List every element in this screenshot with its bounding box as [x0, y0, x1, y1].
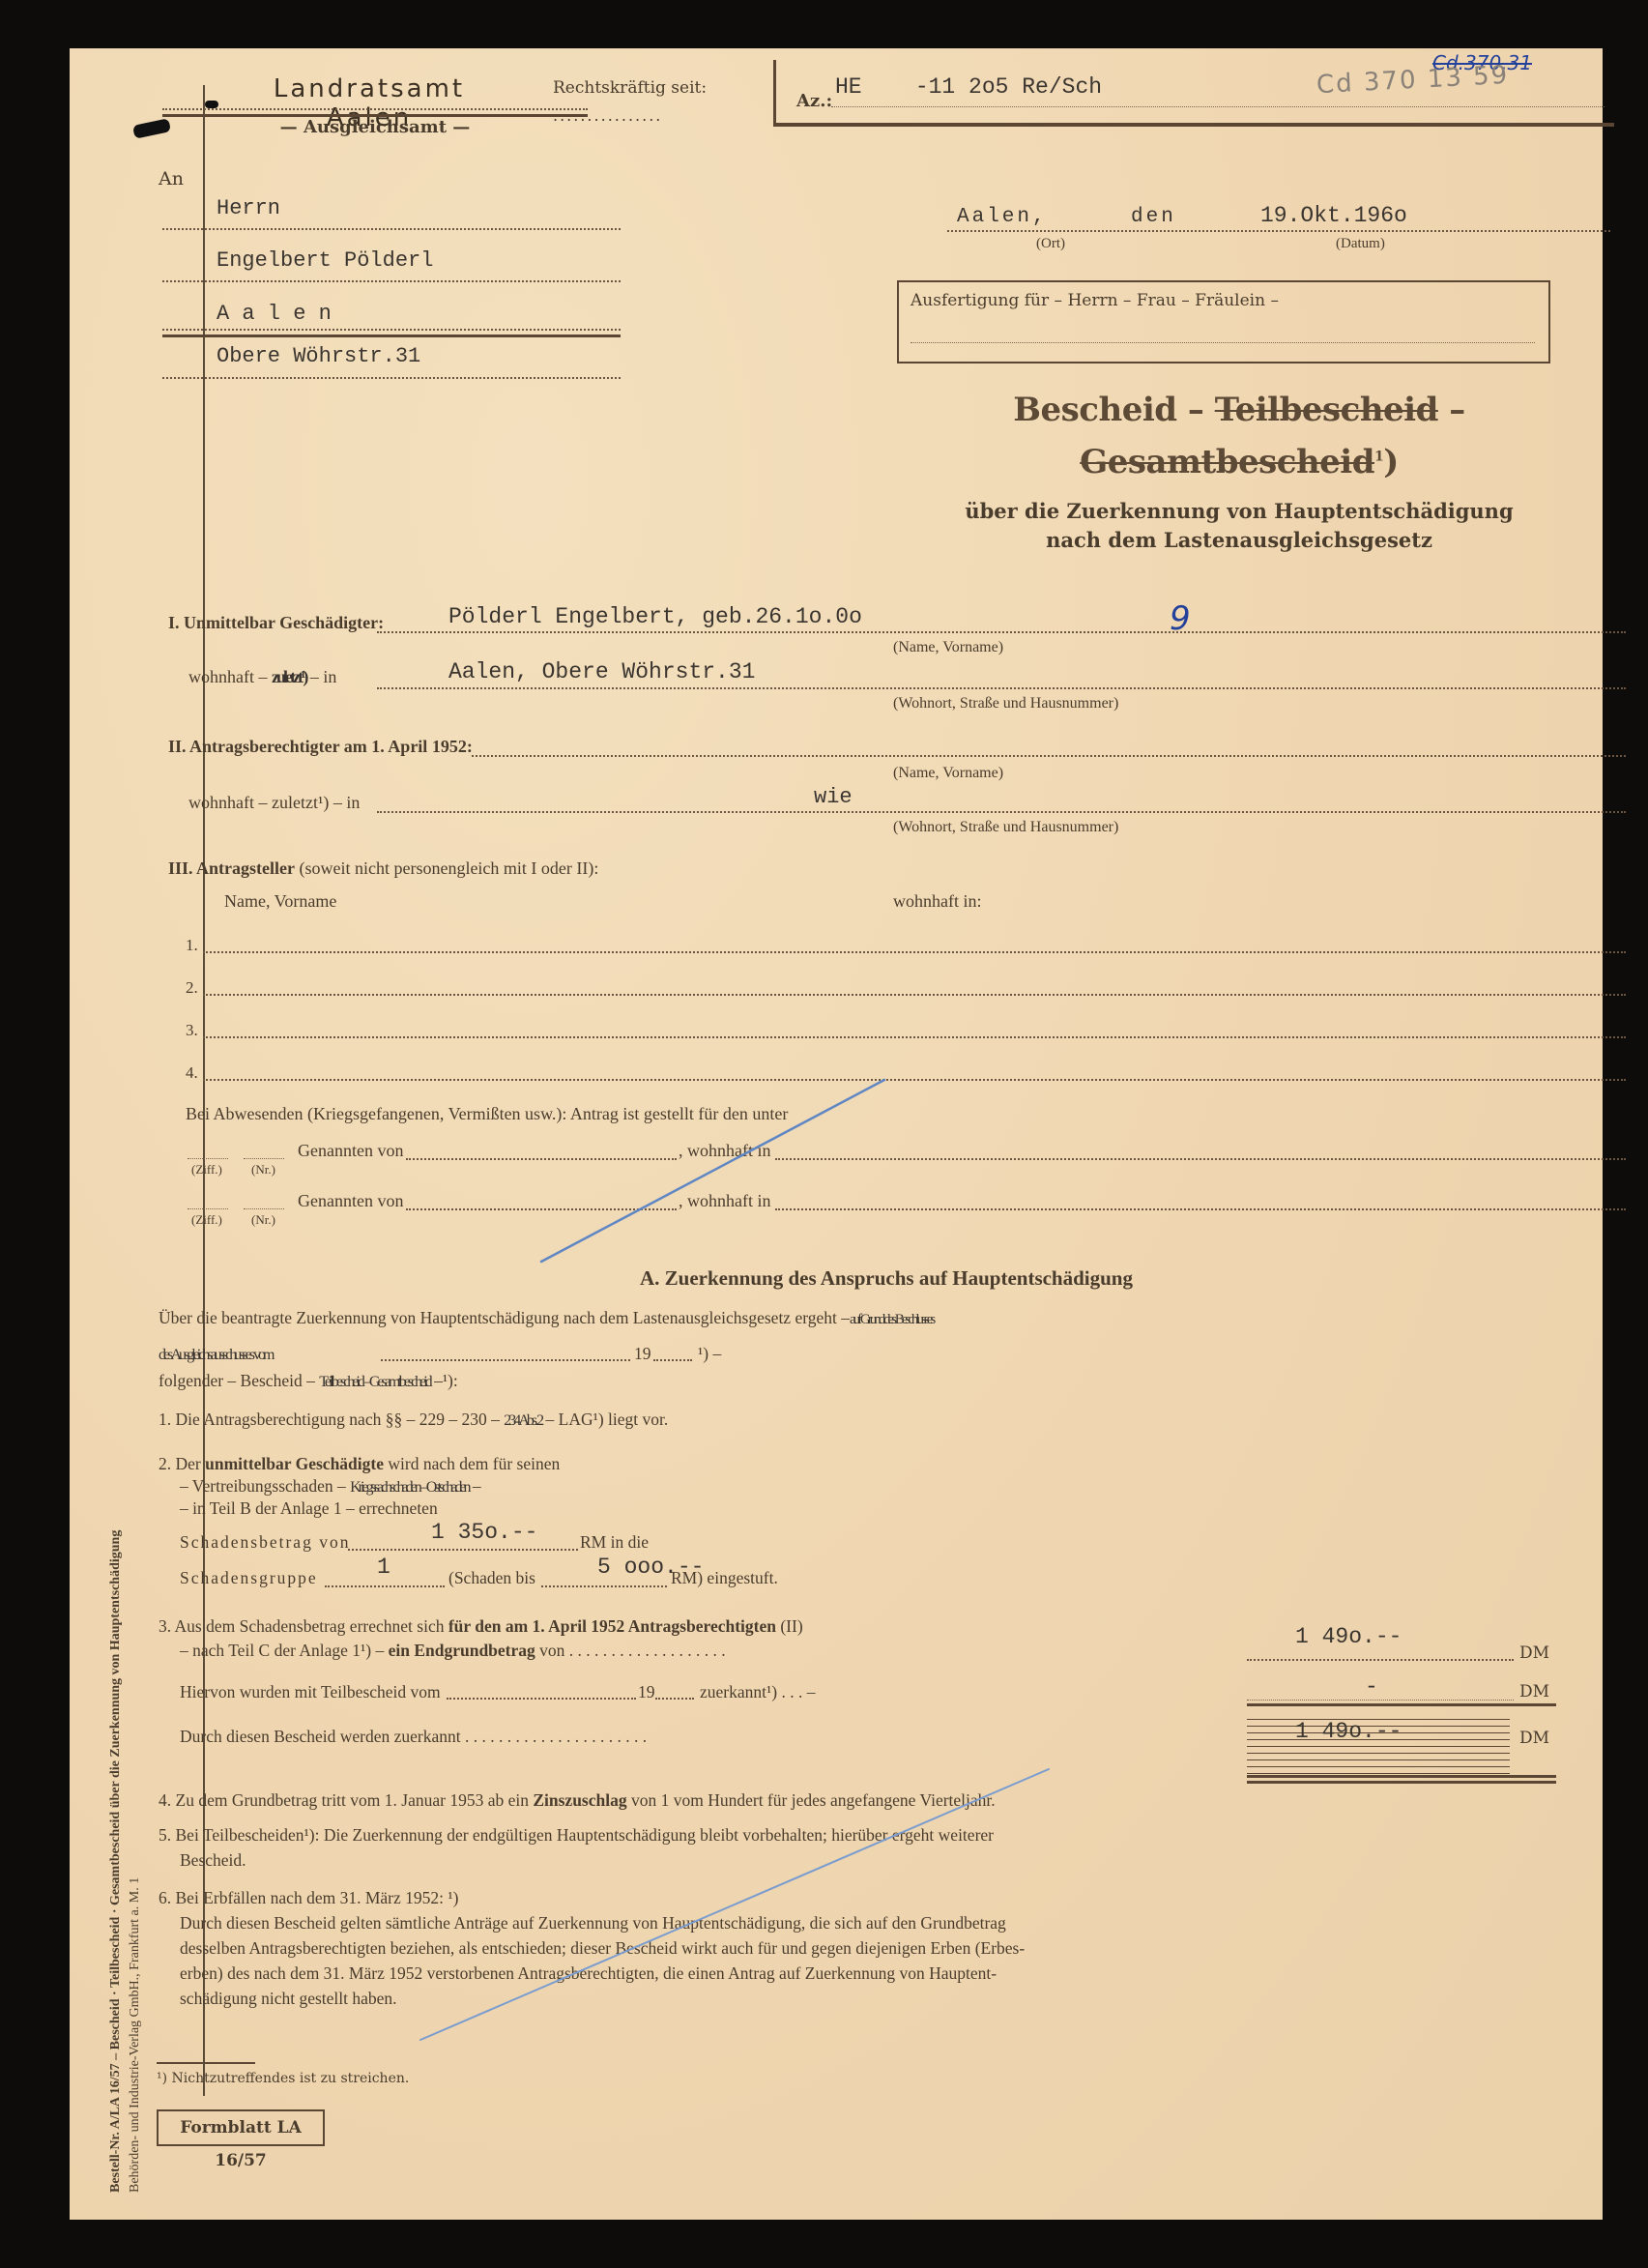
document-page: Bestell-Nr. A/LA 16/57 – Bescheid · Teil…	[70, 48, 1603, 2220]
pencil-strike-line	[541, 1080, 884, 1262]
pencil-strike-line	[420, 1769, 1049, 2040]
pencil-strike-overlay	[70, 48, 1603, 2220]
